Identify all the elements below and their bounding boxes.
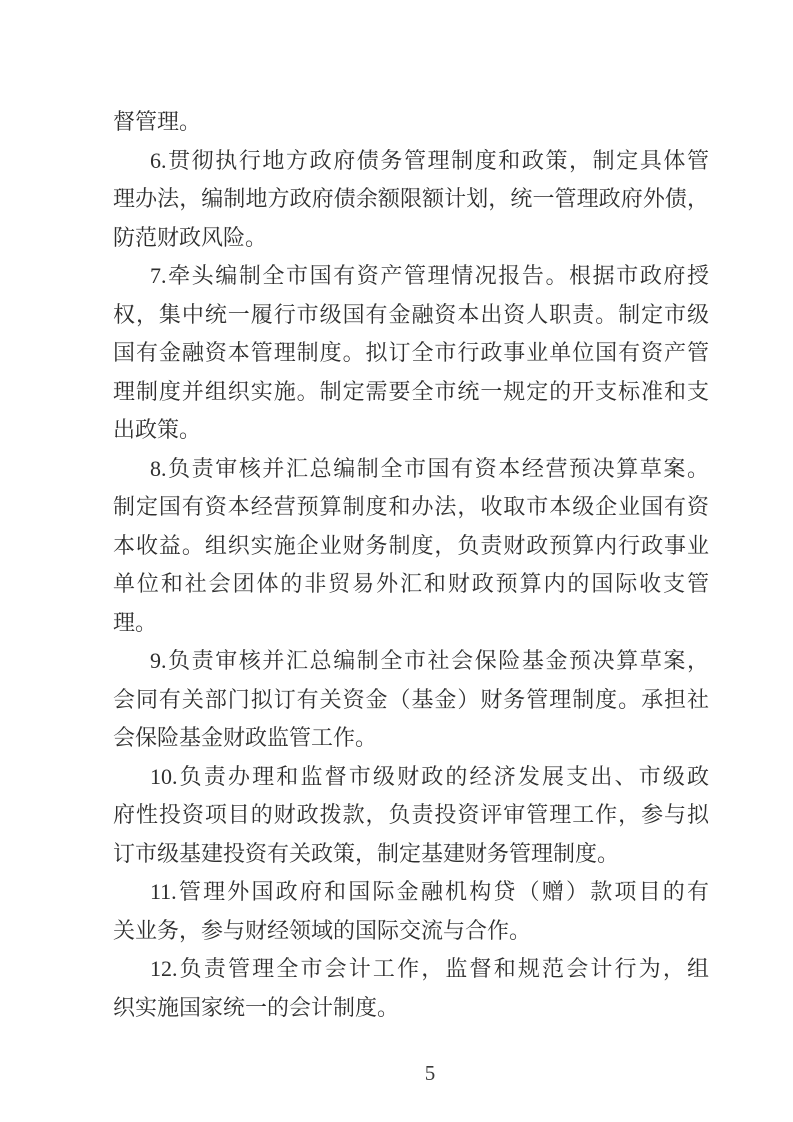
paragraph: 11.管理外国政府和国际金融机构贷（赠）款项目的有关业务，参与财经领域的国际交流… [113, 873, 709, 950]
paragraph: 8.负责审核并汇总编制全市国有资本经营预决算草案。制定国有资本经营预算制度和办法… [113, 450, 709, 643]
text-line: 关业务，参与财经领域的国际交流与合作。 [113, 912, 709, 951]
text-line: 权，集中统一履行市级国有金融资本出资人职责。制定市级 [113, 296, 709, 335]
paragraph: 7.牵头编制全市国有资产管理情况报告。根据市政府授权，集中统一履行市级国有金融资… [113, 257, 709, 450]
paragraph: 督管理。 [113, 103, 709, 142]
paragraph: 9.负责审核并汇总编制全市社会保险基金预决算草案，会同有关部门拟订有关资金（基金… [113, 642, 709, 758]
paragraph: 6.贯彻执行地方政府债务管理制度和政策，制定具体管理办法，编制地方政府债余额限额… [113, 142, 709, 258]
paragraph: 12.负责管理全市会计工作，监督和规范会计行为，组织实施国家统一的会计制度。 [113, 950, 709, 1027]
text-line: 会保险基金财政监管工作。 [113, 719, 709, 758]
text-line: 理。 [113, 604, 709, 643]
text-line: 国有金融资本管理制度。拟订全市行政事业单位国有资产管 [113, 334, 709, 373]
text-line: 防范财政风险。 [113, 219, 709, 258]
text-line: 督管理。 [113, 103, 709, 142]
text-line: 6.贯彻执行地方政府债务管理制度和政策，制定具体管 [113, 142, 709, 181]
text-line: 府性投资项目的财政拨款，负责投资评审管理工作，参与拟 [113, 796, 709, 835]
text-line: 出政策。 [113, 411, 709, 450]
text-line: 11.管理外国政府和国际金融机构贷（赠）款项目的有 [113, 873, 709, 912]
page-number: 5 [425, 1055, 436, 1091]
text-line: 制定国有资本经营预算制度和办法，收取市本级企业国有资 [113, 488, 709, 527]
text-line: 8.负责审核并汇总编制全市国有资本经营预决算草案。 [113, 450, 709, 489]
document-body: 督管理。6.贯彻执行地方政府债务管理制度和政策，制定具体管理办法，编制地方政府债… [113, 103, 709, 1027]
text-line: 织实施国家统一的会计制度。 [113, 989, 709, 1028]
text-line: 9.负责审核并汇总编制全市社会保险基金预决算草案， [113, 642, 709, 681]
text-line: 12.负责管理全市会计工作，监督和规范会计行为，组 [113, 950, 709, 989]
text-line: 本收益。组织实施企业财务制度，负责财政预算内行政事业 [113, 527, 709, 566]
document-page: 督管理。6.贯彻执行地方政府债务管理制度和政策，制定具体管理办法，编制地方政府债… [0, 0, 793, 1122]
text-line: 10.负责办理和监督市级财政的经济发展支出、市级政 [113, 758, 709, 797]
text-line: 7.牵头编制全市国有资产管理情况报告。根据市政府授 [113, 257, 709, 296]
paragraph: 10.负责办理和监督市级财政的经济发展支出、市级政府性投资项目的财政拨款，负责投… [113, 758, 709, 874]
text-line: 理制度并组织实施。制定需要全市统一规定的开支标准和支 [113, 373, 709, 412]
text-line: 会同有关部门拟订有关资金（基金）财务管理制度。承担社 [113, 681, 709, 720]
text-line: 理办法，编制地方政府债余额限额计划，统一管理政府外债， [113, 180, 709, 219]
text-line: 订市级基建投资有关政策，制定基建财务管理制度。 [113, 835, 709, 874]
text-line: 单位和社会团体的非贸易外汇和财政预算内的国际收支管 [113, 565, 709, 604]
